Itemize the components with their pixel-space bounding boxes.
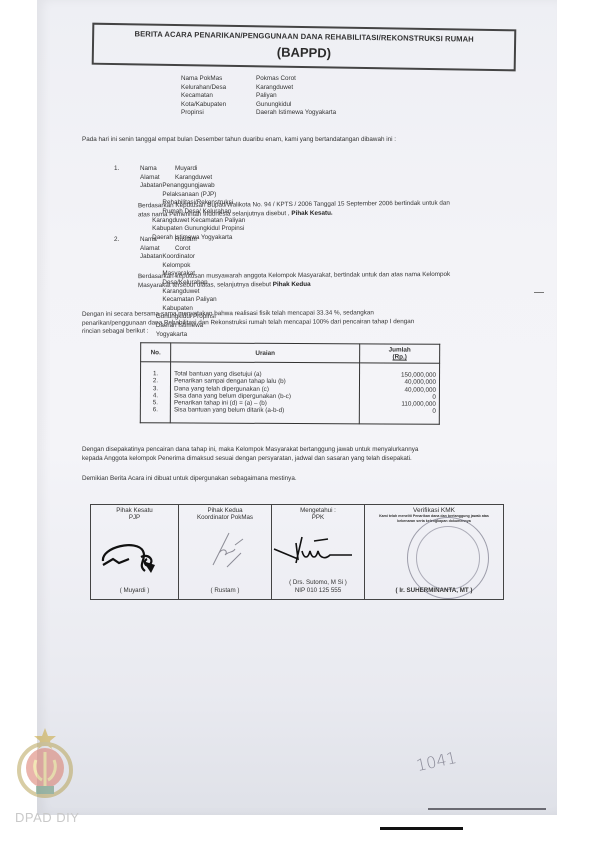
header-no: No. [141, 343, 171, 362]
signature-icon [99, 531, 169, 576]
signature-role: PPK [273, 514, 363, 521]
closing: Dengan disepakatinya pencairan dana taha… [82, 446, 418, 463]
uraian-column: Total bantuan yang disetujui (a)Penarika… [170, 362, 359, 424]
signatory-name: ( Ir. SUHERMINANTA, MT ) [365, 587, 503, 595]
field-value: Karangduwet [175, 174, 212, 183]
mark [534, 292, 544, 293]
info-value: Daerah Istimewa Yogyakarta [256, 109, 336, 118]
statement: Dengan ini secara bersama-sama menyataka… [82, 309, 414, 337]
pen-line [428, 808, 546, 810]
title-box: BERITA ACARA PENARIKAN/PENGGUNAAN DANA R… [92, 23, 517, 72]
pokmas-info: Nama PokMasPokmas Corot Kelurahan/DesaKa… [181, 75, 336, 118]
field-value: Muyardi [175, 165, 197, 174]
bottom-bar [380, 827, 463, 830]
info-label: Kota/Kabupaten [181, 101, 256, 110]
table-rows: 1.2.3.4.5.6. Total bantuan yang disetuju… [140, 362, 439, 424]
signature-role: Pihak Kedua [180, 507, 270, 514]
signature-role: Koordinator PokMas [180, 514, 270, 521]
field-label: Alamat [140, 174, 175, 183]
info-value: Paliyan [256, 92, 277, 101]
table-cell-no: 2. [144, 378, 167, 385]
financial-table: No. Uraian Jumlah(Rp.) 1.2.3.4.5.6. Tota… [140, 342, 440, 424]
dpad-emblem-icon [14, 726, 76, 798]
info-value: Gunungkidul [256, 101, 291, 110]
info-value: Pokmas Corot [256, 75, 296, 84]
final-statement: Demikian Berita Acara ini dibuat untuk d… [82, 475, 297, 484]
info-label: Propinsi [181, 109, 256, 118]
signature-icon [199, 527, 259, 572]
table-cell-no: 4. [144, 392, 167, 399]
signatory-name: ( Drs. Sutomo, M Si )NIP 010 125 555 [272, 579, 364, 595]
table-cell-no: 6. [144, 407, 167, 414]
closing-line: Dengan disepakatinya pencairan dana taha… [82, 446, 418, 455]
party-1-basis: Berdasarkan Keputusan Bupati/Walikota No… [138, 200, 450, 220]
signature-icon [272, 529, 360, 569]
signature-box-pjp: Pihak Kesatu PJP ( Muyardi ) [91, 505, 179, 600]
signatory-name: ( Rustam ) [179, 587, 271, 595]
info-label: Kecamatan [181, 92, 256, 101]
field-value: Rustam [175, 236, 197, 245]
basis-line: Masyarakat tersebut diatas, selanjutnya … [138, 281, 271, 289]
party-designation: Pihak Kedua [273, 280, 311, 287]
document-subtitle: (BAPPD) [94, 42, 514, 64]
statement-line: rincian sebagai berikut : [82, 326, 414, 336]
table-cell-uraian: Sisa bantuan yang belum ditarik (a-b-d) [174, 407, 356, 415]
intro-text: Pada hari ini senin tanggal empat bulan … [82, 136, 396, 145]
field-label: Nama [140, 236, 175, 245]
signature-box-ppk: Mengetahui : PPK ( Drs. Sutomo, M Si )NI… [272, 505, 365, 600]
signature-box-koordinator: Pihak Kedua Koordinator PokMas ( Rustam … [179, 505, 272, 600]
field-value: Corot [175, 245, 190, 254]
table-cell-no: 1. [144, 370, 167, 377]
signatory-name: ( Muyardi ) [91, 587, 178, 595]
party-number: 1. [114, 165, 119, 174]
party-designation: Pihak Kesatu. [291, 209, 332, 216]
party-2-basis: Berdasarkan keputusan musyawarah anggota… [138, 271, 450, 290]
signature-role: Mengetahui : [273, 507, 363, 514]
jumlah-column: 150,000,00040,000,00040,000,0000110,000,… [359, 363, 439, 424]
table-cell-no: 3. [144, 385, 167, 392]
signature-role: Pihak Kesatu [92, 507, 177, 514]
watermark-text: DPAD DIY [15, 810, 79, 825]
signature-role: PJP [92, 514, 177, 521]
signature-box-kmk: Verifikasi KMK Kami telah meneliti Penar… [365, 505, 504, 600]
header-uraian: Uraian [171, 343, 360, 363]
signature-role: Verifikasi KMK [366, 507, 502, 514]
header-jumlah: Jumlah(Rp.) [360, 344, 440, 363]
field-label: Alamat [140, 245, 175, 254]
closing-line: kepada Anggota kelompok Penerima dimaksu… [82, 455, 418, 464]
no-column: 1.2.3.4.5.6. [140, 362, 170, 423]
field-label: Nama [140, 165, 175, 174]
info-label: Kelurahan/Desa [181, 84, 256, 93]
info-value: Karangduwet [256, 84, 293, 93]
signature-table: Pihak Kesatu PJP ( Muyardi ) Pihak Kedua… [90, 504, 504, 600]
party-number: 2. [114, 236, 119, 245]
basis-line: atas nama Pemerintah Indonesia selanjutn… [138, 210, 290, 218]
table-cell-no: 5. [144, 399, 167, 406]
table-cell-jumlah: 0 [363, 408, 436, 416]
info-label: Nama PokMas [181, 75, 256, 84]
